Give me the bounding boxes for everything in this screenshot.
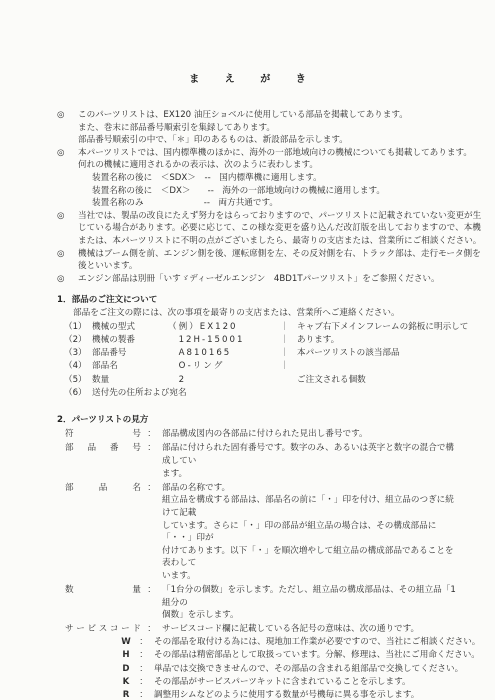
order-row-number: （4） (57, 360, 92, 373)
order-row-value: （例）EX120 (168, 321, 280, 334)
term-label: 部 品 名 (57, 482, 141, 583)
service-code-colon: ： (133, 636, 154, 649)
order-row-label: 数量 (92, 374, 168, 387)
term-description-line: 組立品を構成する部品は、部品名の前に「・」印を付け、組立品のつぎに続けて記載 (162, 494, 461, 519)
order-row: （4） 部品名 O-リング ｜ (57, 360, 461, 373)
order-row-note: 本パーツリストの該当部品 (297, 347, 461, 360)
preface-line: ◎ エンジン部品は別冊「いすゞディーゼルエンジン 4BD1Tパーツリスト」をご参… (57, 273, 461, 286)
preface-line-text: また、巻末に部品番号順索引を集録してあります。 (78, 122, 275, 135)
term-description: 部品に付けられた固有番号です。数字のみ、あるいは英字と数字の混合で構成してい ま… (162, 442, 461, 480)
order-row: （6） 送付先の住所および宛名 (57, 387, 461, 400)
preface-line: 装置名称のみ -- 両方共通です。 (57, 197, 461, 210)
preface-line: ◎ 本パーツリストでは、国内標準機のほかに、海外の一部地域向けの機械についても掲… (57, 147, 461, 160)
preface-line: 何れの機械に適用されるかの表示は、次のように表わします。 (57, 159, 461, 172)
term-row: 数 量 ： 「1台分の個数」を示します。ただし、組立品の構成部品は、その組立品「… (57, 584, 461, 622)
preface-line: ◎ このパーツリストは、EX120 油圧ショベルに使用している部品を掲載してあり… (57, 109, 461, 122)
term-description-line: サービスコード欄に記載している各記号の意味は、次の通りです。 (162, 623, 461, 636)
order-row-value (187, 387, 299, 400)
service-code-letter: K (119, 676, 133, 689)
term-description-line: しています。さらに「・」印の部品が組立品の場合は、その構成部品に「・・」印が (162, 520, 461, 545)
preface-line-text: 本パーツリストでは、国内標準機のほかに、海外の一部地域向けの機械についても掲載し… (78, 147, 472, 160)
bullet-icon: ◎ (57, 248, 78, 261)
service-code-colon: ： (133, 676, 154, 689)
term-colon: ： (141, 623, 162, 636)
preface-line: 後といいます。 (57, 260, 461, 273)
preface-line: 装置名称の後に ＜DX＞ -- 海外の一部地域向けの機械に適用します。 (57, 185, 461, 198)
term-row: 部 品 番 号 ： 部品に付けられた固有番号です。数字のみ、あるいは英字と数字の… (57, 442, 461, 480)
service-code-colon: ： (133, 663, 154, 676)
service-code-colon: ： (133, 649, 154, 662)
order-row-number: （3） (57, 347, 92, 360)
brace-bar: ｜ (280, 347, 297, 360)
bullet-icon: ◎ (57, 210, 78, 223)
order-row-note: キャブ右下メインフレームの銘板に明示して (297, 321, 468, 334)
preface-line: ◎ 機械はブーム側を前、エンジン側を後、運転席側を左、その反対側を右、トラック部… (57, 248, 461, 261)
preface-section: ◎ このパーツリストは、EX120 油圧ショベルに使用している部品を掲載してあり… (57, 109, 461, 285)
order-row-label: 機械の型式 (92, 321, 168, 334)
order-row: （1） 機械の型式 （例）EX120 ｜ キャブ右下メインフレームの銘板に明示し… (57, 321, 461, 334)
order-row-value: A810165 (168, 347, 280, 360)
order-row-label: 機械の製番 (92, 334, 168, 347)
order-row-note: あります。 (297, 334, 461, 347)
document-page: ま え が き ◎ このパーツリストは、EX120 油圧ショベルに使用している部… (0, 0, 495, 700)
term-label: 数 量 (57, 584, 141, 622)
service-code-description: その部品は精密部品として取扱っています。分解、修理は、当社にご用命ください。 (154, 649, 480, 662)
order-row-label: 部品番号 (92, 347, 168, 360)
term-description: 「1台分の個数」を示します。ただし、組立品の構成部品は、その組立品「1組分の 個… (162, 584, 461, 622)
term-description: サービスコード欄に記載している各記号の意味は、次の通りです。 (162, 623, 461, 636)
service-code-letter: R (119, 689, 133, 700)
preface-line: 部品番号順索引の中で、「＊」印のあるものは、新設部品を示します。 (57, 134, 461, 147)
term-description: 部品構成図内の各部品に付けられた見出し番号です。 (162, 428, 461, 441)
term-label: 符 号 (57, 428, 141, 441)
term-description-line: います。 (162, 570, 461, 583)
order-row-value: 2 (168, 374, 280, 387)
term-description: 部品の名称です。 組立品を構成する部品は、部品名の前に「・」印を付け、組立品のつ… (162, 482, 461, 583)
term-colon: ： (141, 482, 162, 583)
service-code-letter: H (119, 649, 133, 662)
service-code-row: R ： 調整用シムなどのように使用する数量が号機毎に異る事を示します。 (57, 689, 461, 700)
preface-line: また、巻末に部品番号順索引を集録してあります。 (57, 122, 461, 135)
service-code-row: W ： その部品を取付ける為には、現地加工作業が必要ですので、当社にご相談くださ… (57, 636, 461, 649)
preface-line-text: 当社では、製品の改良にたえず努力をはらっておりますので、パーツリストに記載されて… (78, 210, 481, 223)
brace-bar: ｜ (280, 360, 297, 373)
preface-line-text: 機械はブーム側を前、エンジン側を後、運転席側を左、その反対側を右、トラック部は、… (78, 248, 481, 261)
service-code-letter: W (119, 636, 133, 649)
order-row-note (316, 387, 461, 400)
order-row: （5） 数量 2 ご注文される個数 (57, 374, 461, 387)
preface-line-text: 後といいます。 (78, 260, 137, 273)
order-row-note (297, 360, 461, 373)
term-colon: ： (141, 584, 162, 622)
order-row: （2） 機械の製番 12H-15001 ｜ あります。 (57, 334, 461, 347)
term-description-line: ます。 (162, 468, 461, 481)
term-description-line: 付けてあります。以下「・」を順次増やして組立品の構成部品であることを表わして (162, 545, 461, 570)
term-row: 符 号 ： 部品構成図内の各部品に付けられた見出し番号です。 (57, 428, 461, 441)
preface-line-text: 装置名称の後に ＜DX＞ -- 海外の一部地域向けの機械に適用します。 (92, 185, 385, 198)
order-section-intro: 部品をご注文の際には、次の事項を最寄りの支店または、営業所へご連絡ください。 (57, 307, 461, 320)
term-description-line: 個数」を示します。 (162, 609, 461, 622)
term-row: 部 品 名 ： 部品の名称です。 組立品を構成する部品は、部品名の前に「・」印を… (57, 482, 461, 583)
order-section: 1．部品のご注文について 部品をご注文の際には、次の事項を最寄りの支店または、営… (57, 294, 461, 400)
service-code-description: その部品を取付ける為には、現地加工作業が必要ですので、当社にご相談ください。 (154, 636, 480, 649)
bullet-icon: ◎ (57, 147, 78, 160)
term-colon: ： (141, 442, 162, 480)
order-row-number: （6） (57, 387, 92, 400)
order-row-label: 部品名 (92, 360, 168, 373)
term-description-line: 部品構成図内の各部品に付けられた見出し番号です。 (162, 428, 461, 441)
preface-line: 装置名称の後に ＜SDX＞ -- 国内標準機に適用します。 (57, 172, 461, 185)
order-row-number: （1） (57, 321, 92, 334)
term-label: 部 品 番 号 (57, 442, 141, 480)
order-row-value: 12H-15001 (168, 334, 280, 347)
term-description-line: 「1台分の個数」を示します。ただし、組立品の構成部品は、その組立品「1組分の (162, 584, 461, 609)
preface-line-text: または、本パーツリストに不明の点がございましたら、最寄りの支店または、営業所にご… (78, 235, 481, 248)
preface-line-text: じている場合があります。必要に応じて、この様な変更を盛り込んだ改訂版を出しており… (78, 222, 481, 235)
order-section-heading: 1．部品のご注文について (57, 294, 461, 307)
service-code-letter: D (119, 663, 133, 676)
order-row-note: ご注文される個数 (297, 374, 461, 387)
order-row: （3） 部品番号 A810165 ｜ 本パーツリストの該当部品 (57, 347, 461, 360)
order-row-value: O-リング (168, 360, 280, 373)
preface-line-text: 何れの機械に適用されるかの表示は、次のように表わします。 (78, 159, 318, 172)
brace-bar (280, 374, 297, 387)
order-row-number: （2） (57, 334, 92, 347)
term-description-line: 部品に付けられた固有番号です。数字のみ、あるいは英字と数字の混合で構成してい (162, 442, 461, 467)
reading-section: 2．パーツリストの見方 符 号 ： 部品構成図内の各部品に付けられた見出し番号で… (57, 414, 461, 700)
preface-line-text: 装置名称の後に ＜SDX＞ -- 国内標準機に適用します。 (92, 172, 322, 185)
brace-bar: ｜ (280, 321, 297, 334)
order-row-number: （5） (57, 374, 92, 387)
preface-line-text: このパーツリストは、EX120 油圧ショベルに使用している部品を掲載してあります… (78, 109, 408, 122)
service-code-row: H ： その部品は精密部品として取扱っています。分解、修理は、当社にご用命くださ… (57, 649, 461, 662)
preface-line-text: エンジン部品は別冊「いすゞディーゼルエンジン 4BD1Tパーツリスト」をご参照く… (78, 273, 440, 286)
brace-bar: ｜ (280, 334, 297, 347)
page-title: ま え が き (0, 70, 495, 85)
term-row: サービスコード ： サービスコード欄に記載している各記号の意味は、次の通りです。 (57, 623, 461, 636)
preface-line-text: 装置名称のみ -- 両方共通です。 (92, 197, 278, 210)
page-content: ◎ このパーツリストは、EX120 油圧ショベルに使用している部品を掲載してあり… (57, 109, 461, 700)
service-code-description: 調整用シムなどのように使用する数量が号機毎に異る事を示します。 (154, 689, 461, 700)
reading-section-heading: 2．パーツリストの見方 (57, 414, 461, 427)
bullet-icon: ◎ (57, 273, 78, 286)
preface-line: じている場合があります。必要に応じて、この様な変更を盛り込んだ改訂版を出しており… (57, 222, 461, 235)
term-description-line: 部品の名称です。 (162, 482, 461, 495)
service-code-colon: ： (133, 689, 154, 700)
brace-bar (299, 387, 316, 400)
order-row-label: 送付先の住所および宛名 (92, 387, 187, 400)
term-label: サービスコード (57, 623, 141, 636)
preface-line: または、本パーツリストに不明の点がございましたら、最寄りの支店または、営業所にご… (57, 235, 461, 248)
preface-line-text: 部品番号順索引の中で、「＊」印のあるものは、新設部品を示します。 (78, 134, 348, 147)
bullet-icon: ◎ (57, 109, 78, 122)
service-code-row: D ： 単品では交換できませんので、その部品の含まれる組部品で交換してください。 (57, 663, 461, 676)
service-code-description: 単品では交換できませんので、その部品の含まれる組部品で交換してください。 (154, 663, 463, 676)
term-colon: ： (141, 428, 162, 441)
service-code-description: その部品がサービスパーツキットに含まれていることを示します。 (154, 676, 461, 689)
preface-line: ◎ 当社では、製品の改良にたえず努力をはらっておりますので、パーツリストに記載さ… (57, 210, 461, 223)
service-code-row: K ： その部品がサービスパーツキットに含まれていることを示します。 (57, 676, 461, 689)
